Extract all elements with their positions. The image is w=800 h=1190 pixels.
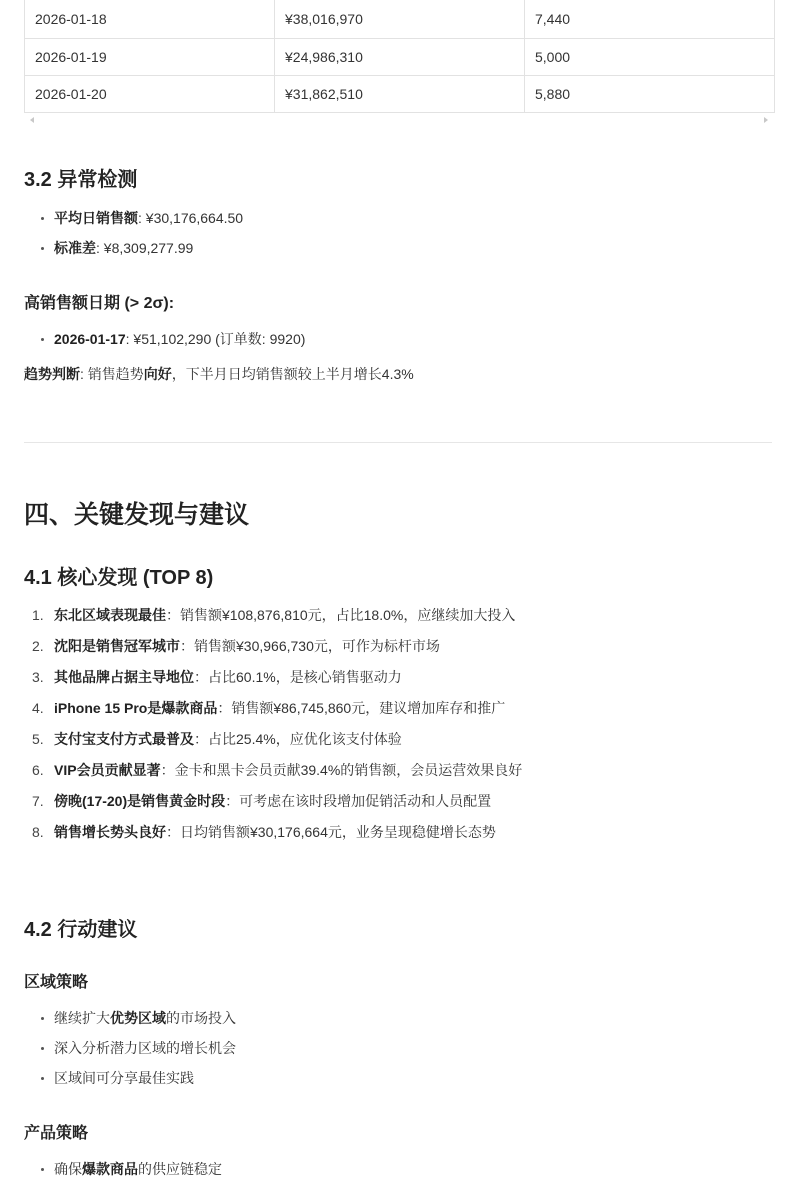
item-number: 8. <box>32 822 44 842</box>
item-text: 的市场投入 <box>166 1010 236 1026</box>
sales-cell: ¥24,986,310 <box>275 38 525 75</box>
anomaly-stats-list: 平均日销售额: ¥30,176,664.50 标准差: ¥8,309,277.9… <box>24 208 243 268</box>
table-row: 2026-01-18 ¥38,016,970 7,440 <box>25 0 775 38</box>
finding-title: iPhone 15 Pro是爆款商品 <box>54 700 217 716</box>
region-strategy-heading: 区域策略 <box>24 969 88 992</box>
date-label: 2026-01-17 <box>54 331 126 347</box>
finding-text: ：销售额¥86,745,860元，建议增加库存和推广 <box>217 700 505 716</box>
trend-text: ，下半月日均销售额较上半月增长4.3% <box>172 366 414 382</box>
finding-title: 支付宝支付方式最普及 <box>54 731 194 747</box>
finding-title: 东北区域表现最佳 <box>54 607 166 623</box>
finding-title: 销售增长势头良好 <box>54 824 166 840</box>
anomaly-heading: 3.2 异常检测 <box>24 163 137 192</box>
finding-text: ：销售额¥30,966,730元，可作为标杆市场 <box>180 638 440 654</box>
findings-heading: 4.1 核心发现 (TOP 8) <box>24 561 213 590</box>
date-cell: 2026-01-20 <box>25 75 275 112</box>
item-emphasis: 优势区域 <box>110 1010 166 1026</box>
section-divider <box>24 442 772 443</box>
finding-text: ：日均销售额¥30,176,664元，业务呈现稳健增长态势 <box>166 824 496 840</box>
high-sales-heading: 高销售额日期 (> 2σ): <box>24 290 174 313</box>
finding-text: ：占比60.1%，是核心销售驱动力 <box>194 669 402 685</box>
stat-value: : ¥30,176,664.50 <box>138 210 243 226</box>
list-item: 3.其他品牌占据主导地位：占比60.1%，是核心销售驱动力 <box>24 667 522 698</box>
list-item: 深入分析潜力区域的增长机会 <box>24 1038 236 1068</box>
scroll-left-arrow-icon[interactable] <box>30 117 34 123</box>
list-item: 7.傍晚(17-20)是销售黄金时段：可考虑在该时段增加促销活动和人员配置 <box>24 791 522 822</box>
list-item: 2026-01-17: ¥51,102,290 (订单数: 9920) <box>24 329 305 359</box>
item-text: 深入分析潜力区域的增长机会 <box>54 1040 236 1056</box>
item-number: 5. <box>32 729 44 749</box>
stat-label: 标准差 <box>54 240 96 256</box>
list-item: 继续扩大优势区域的市场投入 <box>24 1008 236 1038</box>
trend-emphasis: 向好 <box>144 366 172 382</box>
daily-sales-table: 2026-01-18 ¥38,016,970 7,440 2026-01-19 … <box>24 0 774 113</box>
scroll-right-arrow-icon[interactable] <box>764 117 768 123</box>
item-number: 7. <box>32 791 44 811</box>
item-number: 6. <box>32 760 44 780</box>
item-number: 3. <box>32 667 44 687</box>
list-item: 区域间可分享最佳实践 <box>24 1068 236 1098</box>
horizontal-scrollbar[interactable] <box>24 113 774 129</box>
date-value: : ¥51,102,290 (订单数: 9920) <box>126 331 306 347</box>
date-cell: 2026-01-18 <box>25 0 275 38</box>
date-cell: 2026-01-19 <box>25 38 275 75</box>
item-text: 确保 <box>54 1161 82 1177</box>
finding-title: 傍晚(17-20)是销售黄金时段 <box>54 793 225 809</box>
list-item: 平均日销售额: ¥30,176,664.50 <box>24 208 243 238</box>
list-item: 2.沈阳是销售冠军城市：销售额¥30,966,730元，可作为标杆市场 <box>24 636 522 667</box>
item-number: 4. <box>32 698 44 718</box>
product-strategy-heading: 产品策略 <box>24 1120 88 1143</box>
high-sales-list: 2026-01-17: ¥51,102,290 (订单数: 9920) <box>24 329 305 359</box>
list-item: 4.iPhone 15 Pro是爆款商品：销售额¥86,745,860元，建议增… <box>24 698 522 729</box>
section4-heading: 四、关键发现与建议 <box>24 495 249 531</box>
actions-heading: 4.2 行动建议 <box>24 913 137 942</box>
finding-text: ：金卡和黑卡会员贡献39.4%的销售额，会员运营效果良好 <box>161 762 523 778</box>
finding-text: ：可考虑在该时段增加促销活动和人员配置 <box>225 793 491 809</box>
orders-cell: 5,880 <box>525 75 775 112</box>
item-text: 继续扩大 <box>54 1010 110 1026</box>
region-strategy-list: 继续扩大优势区域的市场投入 深入分析潜力区域的增长机会 区域间可分享最佳实践 <box>24 1008 236 1098</box>
list-item: 8.销售增长势头良好：日均销售额¥30,176,664元，业务呈现稳健增长态势 <box>24 822 522 853</box>
list-item: 标准差: ¥8,309,277.99 <box>24 238 243 268</box>
finding-text: ：占比25.4%，应优化该支付体验 <box>194 731 402 747</box>
stat-value: : ¥8,309,277.99 <box>96 240 193 256</box>
list-item: 1.东北区域表现最佳：销售额¥108,876,810元，占比18.0%，应继续加… <box>24 605 522 636</box>
list-item: 6.VIP会员贡献显著：金卡和黑卡会员贡献39.4%的销售额，会员运营效果良好 <box>24 760 522 791</box>
table-row: 2026-01-19 ¥24,986,310 5,000 <box>25 38 775 75</box>
finding-text: ：销售额¥108,876,810元，占比18.0%，应继续加大投入 <box>166 607 515 623</box>
sales-cell: ¥38,016,970 <box>275 0 525 38</box>
item-text: 区域间可分享最佳实践 <box>54 1070 194 1086</box>
item-emphasis: 爆款商品 <box>82 1161 138 1177</box>
finding-title: VIP会员贡献显著 <box>54 762 161 778</box>
finding-title: 其他品牌占据主导地位 <box>54 669 194 685</box>
item-number: 1. <box>32 605 44 625</box>
sales-cell: ¥31,862,510 <box>275 75 525 112</box>
item-text: 的供应链稳定 <box>138 1161 222 1177</box>
orders-cell: 7,440 <box>525 0 775 38</box>
trend-text: : 销售趋势 <box>80 366 144 382</box>
list-item: 5.支付宝支付方式最普及：占比25.4%，应优化该支付体验 <box>24 729 522 760</box>
stat-label: 平均日销售额 <box>54 210 138 226</box>
product-strategy-list: 确保爆款商品的供应链稳定 <box>24 1159 222 1189</box>
trend-label: 趋势判断 <box>24 366 80 382</box>
table-row: 2026-01-20 ¥31,862,510 5,880 <box>25 75 775 112</box>
finding-title: 沈阳是销售冠军城市 <box>54 638 180 654</box>
orders-cell: 5,000 <box>525 38 775 75</box>
item-number: 2. <box>32 636 44 656</box>
list-item: 确保爆款商品的供应链稳定 <box>24 1159 222 1189</box>
findings-list: 1.东北区域表现最佳：销售额¥108,876,810元，占比18.0%，应继续加… <box>24 605 522 853</box>
trend-paragraph: 趋势判断: 销售趋势向好，下半月日均销售额较上半月增长4.3% <box>24 364 414 384</box>
